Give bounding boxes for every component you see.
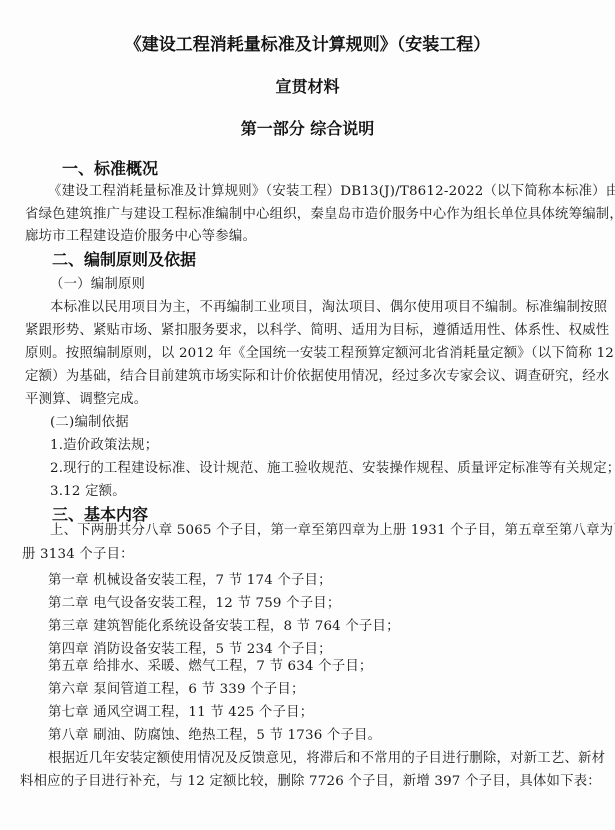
paragraph-line: 《建设工程消耗量标准及计算规则》（安装工程）DB13(J)/T8612-2022… <box>48 183 578 201</box>
chapter-item: 第五章 给排水、采暖、燃气工程，7 节 634 个子目； <box>48 658 373 676</box>
subsection-heading-basis: (二)编制依据 <box>50 414 129 432</box>
paragraph-line: 省绿色建筑推广与建设工程标准编制中心组织，秦皇岛市造价服务中心作为组长单位具体统… <box>25 206 593 224</box>
chapter-item: 第四章 消防设备安装工程，5 节 234 个子目； <box>48 641 332 659</box>
paragraph-line: 册 3134 个子目： <box>22 546 134 564</box>
chapter-item: 第八章 刷油、防腐蚀、绝热工程，5 节 1736 个子目。 <box>48 727 381 745</box>
paragraph-line: 上、下两册共分八章 5065 个子目，第一章至第四章为上册 1931 个子目，第… <box>50 522 593 540</box>
chapter-item: 第一章 机械设备安装工程，7 节 174 个子目； <box>48 572 332 590</box>
paragraph-line: 定额）为基础，结合目前建筑市场实际和计价依据使用情况，经过多次专家会议、调查研究… <box>25 368 593 386</box>
document-subtitle: 宣贯材料 <box>0 74 615 97</box>
list-item: 2.现行的工程建设标准、设计规范、施工验收规范、安装操作规程、质量评定标准等有关… <box>50 460 615 478</box>
section-heading-2: 二、编制原则及依据 <box>52 251 196 269</box>
document-title: 《建设工程消耗量标准及计算规则》（安装工程） <box>0 30 615 55</box>
subsection-heading-principles: （一）编制原则 <box>50 276 145 294</box>
paragraph-line: 紧跟形势、紧贴市场、紧扣服务要求，以科学、简明、适用为目标，遵循适用性、体系性、… <box>25 322 593 340</box>
chapter-item: 第三章 建筑智能化系统设备安装工程，8 节 764 个子目； <box>48 618 400 636</box>
document-page: 《建设工程消耗量标准及计算规则》（安装工程） 宣贯材料 第一部分 综合说明 一、… <box>0 0 615 830</box>
text: 《建设工程消耗量标准及计算规则》（安装工程）DB13(J)/T8612-2022… <box>48 184 615 199</box>
part-title: 第一部分 综合说明 <box>0 116 615 139</box>
paragraph-line: 原则。按照编制原则，以 2012 年《全国统一安装工程预算定额河北省消耗量定额》… <box>25 345 593 363</box>
paragraph-line: 本标准以民用项目为主，不再编制工业项目，淘汰项目、偶尔使用项目不编制。标准编制按… <box>50 299 593 317</box>
paragraph-line: 平测算、调整完成。 <box>25 391 147 409</box>
paragraph-line: 料相应的子目进行补充，与 12 定额比较，删除 7726 个子目，新增 397 … <box>20 773 601 791</box>
list-item: 3.12 定额。 <box>50 483 126 501</box>
paragraph-line: 廊坊市工程建设造价服务中心等参编。 <box>25 228 256 246</box>
paragraph-line: 根据近几年安装定额使用情况及反馈意见，将滞后和不常用的子目进行删除，对新工艺、新… <box>48 750 593 768</box>
chapter-item: 第二章 电气设备安装工程，12 节 759 个子目； <box>48 595 340 613</box>
section-heading-1: 一、标准概况 <box>62 160 158 178</box>
chapter-item: 第七章 通风空调工程，11 节 425 个子目； <box>48 704 313 722</box>
chapter-item: 第六章 泵间管道工程，6 节 339 个子目； <box>48 681 305 699</box>
list-item: 1.造价政策法规； <box>50 437 158 455</box>
